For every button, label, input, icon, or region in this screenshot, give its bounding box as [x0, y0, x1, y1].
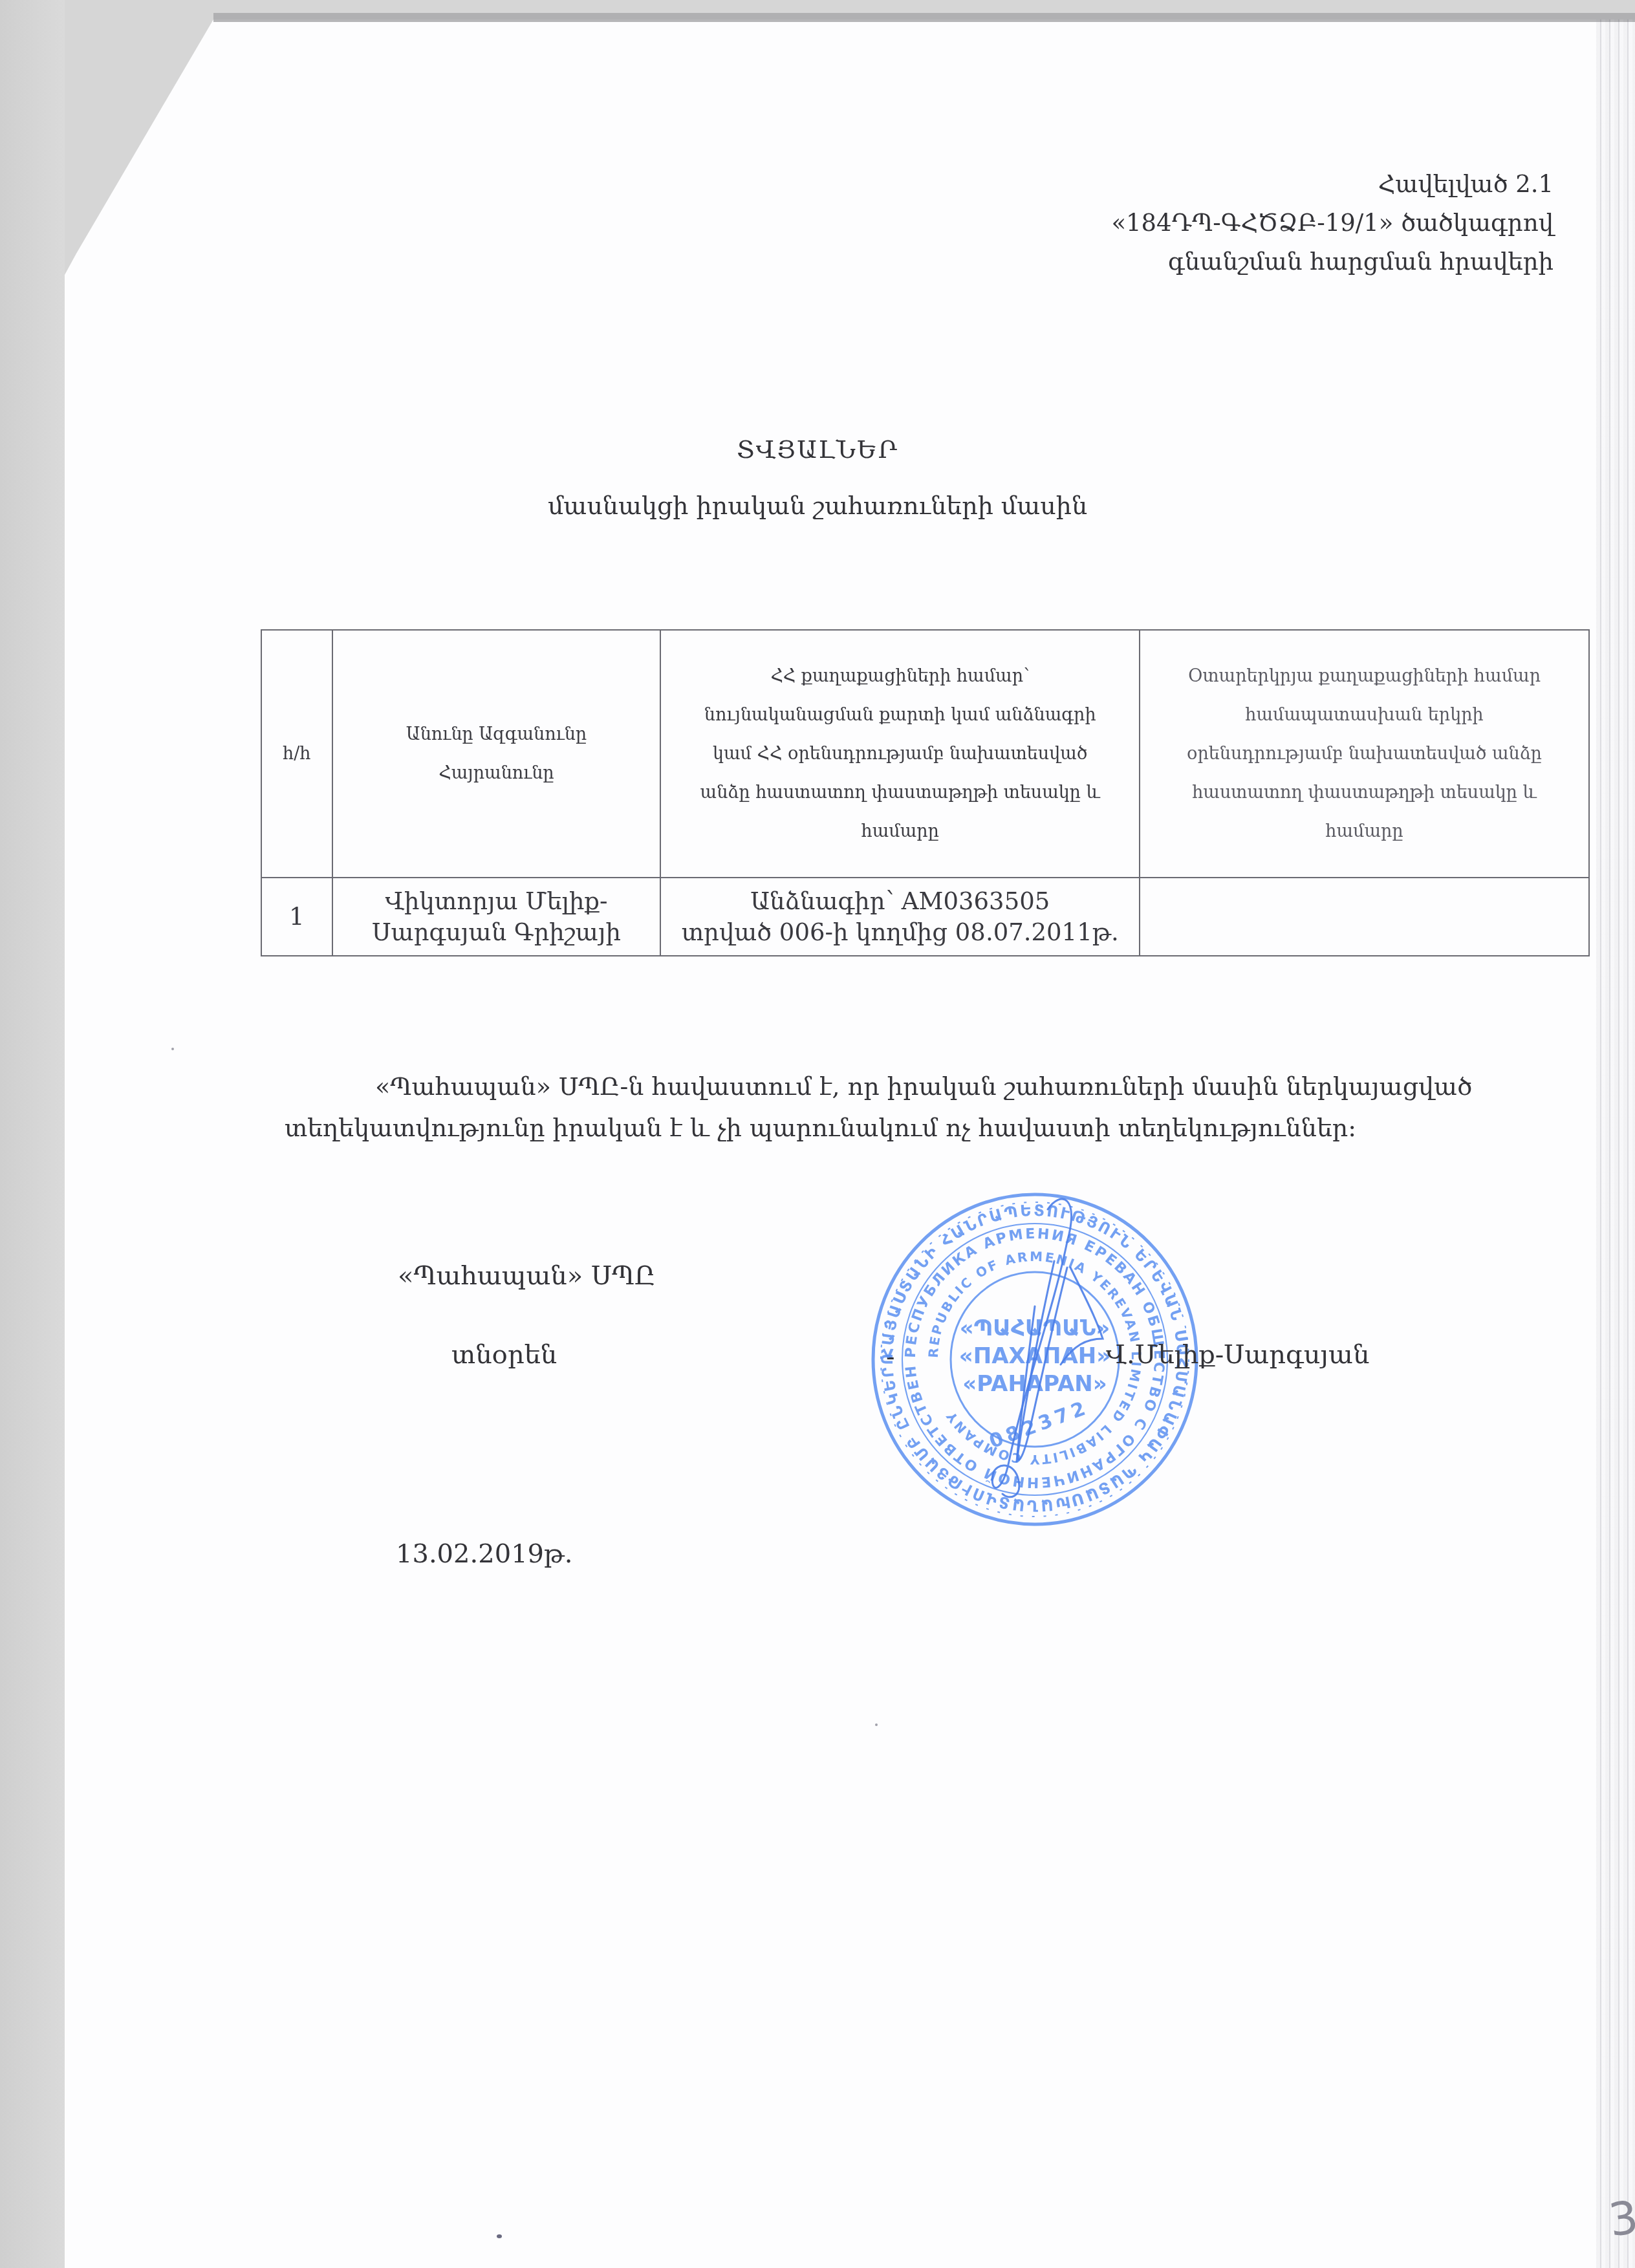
scan-edge-artifact	[1596, 19, 1635, 2268]
header-foreign-id-document: Օտարերկրյա քաղաքացիների համար համապատասխ…	[1140, 630, 1589, 878]
signatory-company: «Պահապան» ՍՊԸ	[398, 1261, 655, 1291]
annex-invitation: գնանշման հարցման հրավերի	[1111, 243, 1554, 281]
scan-speck	[171, 1048, 174, 1050]
table-header-row: հ/հ Անունը Ազգանունը Հայրանունը ՀՀ քաղաք…	[261, 630, 1589, 878]
signatory-name: Վ.Մելիք-Սարգսյան	[1106, 1340, 1369, 1370]
annex-code: «184ԴՊ-ԳՀԾՁԲ-19/1» ծածկագրով	[1111, 204, 1554, 243]
header-number: հ/հ	[261, 630, 332, 878]
document-subheading: մասնակցի իրական շահառուների մասին	[0, 491, 1635, 520]
scan-speck	[875, 1723, 878, 1726]
annex-reference: Հավելված 2.1 «184ԴՊ-ԳՀԾՁԲ-19/1» ծածկագրո…	[1111, 165, 1554, 281]
annex-number: Հավելված 2.1	[1111, 165, 1554, 204]
row-full-name: Վիկտորյա Մելիք- Սարգսյան Գրիշայի	[332, 878, 661, 956]
table-row: 1 Վիկտորյա Մելիք- Սարգսյան Գրիշայի Անձնա…	[261, 878, 1589, 956]
row-id-document: Անձնագիր՝ AM0363505 տրված 006-ի կողմից 0…	[660, 878, 1140, 956]
document-date: 13.02.2019թ.	[396, 1539, 572, 1569]
scan-speck	[497, 2234, 502, 2238]
signatory-role: տնօրեն	[451, 1340, 557, 1370]
beneficial-owners-table: հ/հ Անունը Ազգանունը Հայրանունը ՀՀ քաղաք…	[261, 629, 1590, 956]
row-number: 1	[261, 878, 332, 956]
scanner-background	[0, 0, 65, 2268]
attestation-statement: «Պահապան» ՍՊԸ-ն հավաստում է, որ իրական շ…	[285, 1066, 1552, 1149]
header-armenian-id-document: ՀՀ քաղաքացիների համար՝ նույնականացման քա…	[660, 630, 1140, 878]
row-foreign-document	[1140, 878, 1589, 956]
statement-line-2: տեղեկատվությունը իրական է և չի պարունակո…	[285, 1107, 1552, 1149]
document-heading: ՏՎՅԱԼՆԵՐ	[0, 435, 1635, 464]
header-full-name: Անունը Ազգանունը Հայրանունը	[332, 630, 661, 878]
statement-line-1: «Պահապան» ՍՊԸ-ն հավաստում է, որ իրական շ…	[285, 1066, 1552, 1107]
